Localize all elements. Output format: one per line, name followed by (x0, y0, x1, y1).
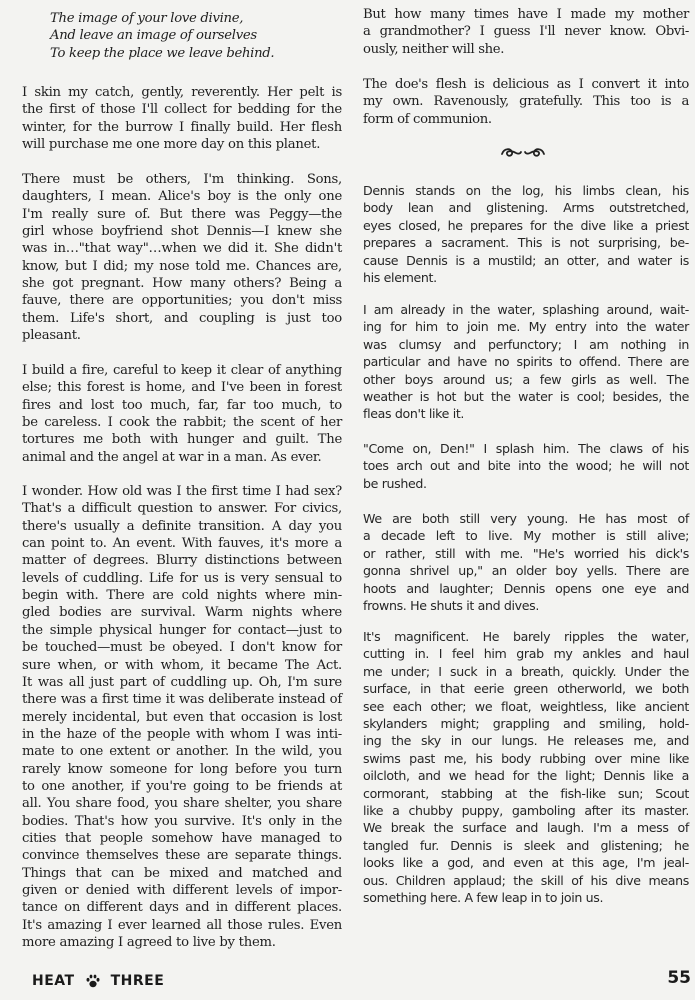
text-line: convince themselves these are separate t… (22, 847, 342, 864)
text-line: cities that people somehow have managed … (22, 830, 342, 847)
text-line: weather is hot but the water is cool; be… (363, 388, 689, 405)
text-line: looks like a god, and even at this age, … (363, 854, 689, 871)
text-line: But how many times have I made my mother (363, 6, 689, 23)
verse-line: And leave an image of ourselves (50, 27, 257, 44)
footer-title-part-2: THREE (111, 973, 165, 989)
text-line: can point to. An event. With fauves, it'… (22, 535, 342, 552)
verse-line: The image of your love divine, (50, 10, 243, 27)
text-line: bodies. That's how you survive. It's onl… (22, 813, 342, 830)
text-line: his element. (363, 269, 689, 286)
text-line: I wonder. How old was I the first time I… (22, 483, 342, 500)
text-line: was in…"that way"…when we did it. She di… (22, 240, 342, 257)
text-line: I'm really sure of. But there was Peggy—… (22, 206, 342, 223)
text-line: It was all just part of cuddling up. Oh,… (22, 674, 342, 691)
text-line: be rushed. (363, 475, 689, 492)
text-line: something here. A few leap in to join us… (363, 889, 689, 906)
text-line: cormorant, stabbing at the fish-like sun… (363, 785, 689, 802)
text-line: tangled fur. Dennis is sleek and glisten… (363, 837, 689, 854)
text-line: There must be others, I'm thinking. Sons… (22, 171, 342, 188)
section-break-flourish-icon (498, 145, 548, 159)
text-line: gonna shrivel up," an older boy yells. T… (363, 562, 689, 579)
text-line: I am already in the water, splashing aro… (363, 301, 689, 318)
text-line: was clumsy and perfunctory; I am nothing… (363, 336, 689, 353)
text-line: It's amazing I ever learned all those ru… (22, 917, 342, 934)
text-line: a grandmother? I guess I'll never know. … (363, 23, 689, 40)
text-line: surface, in that eerie green otherworld,… (363, 680, 689, 697)
text-line: cause Dennis is a mustild; an otter, and… (363, 252, 689, 269)
text-line: body lean and glistening. Arms outstretc… (363, 199, 689, 216)
text-line: the simple physical hunger for contact—j… (22, 622, 342, 639)
text-line: We are both still very young. He has mos… (363, 510, 689, 527)
text-line: We break the surface and laugh. I'm a me… (363, 819, 689, 836)
text-line: begin with. There are cold nights where … (22, 587, 342, 604)
text-line: fauve, there are opportunities; you don'… (22, 292, 342, 309)
verse-line: To keep the place we leave behind. (50, 45, 274, 62)
text-line: gled bodies are survival. Warm nights wh… (22, 604, 342, 621)
text-line: fires and lost too much, far, far too mu… (22, 397, 342, 414)
paw-print-icon (85, 973, 101, 989)
text-line: fleas don't like it. (363, 405, 689, 422)
text-line: be touched—must be obeyed. I don't know … (22, 639, 342, 656)
text-line: my own. Ravenously, gratefully. This too… (363, 93, 689, 110)
text-line: there was a first time it was deliberate… (22, 691, 342, 708)
text-line: pleasant. (22, 327, 342, 344)
text-line: daughters, I mean. Alice's boy is the on… (22, 188, 342, 205)
text-line: "Come on, Den!" I splash him. The claws … (363, 440, 689, 457)
text-line: That's a difficult question to answer. F… (22, 500, 342, 517)
text-line: cutting in. I feel him grab my ankles an… (363, 645, 689, 662)
text-line: sure when, or with whom, it became The A… (22, 657, 342, 674)
text-line: levels of cuddling. Life for us is very … (22, 570, 342, 587)
text-line: matter of degrees. Blurry distinctions b… (22, 552, 342, 569)
text-line: to one another, if you're going to be fr… (22, 778, 342, 795)
text-line: oilcloth, and we head for the light; Den… (363, 767, 689, 784)
text-line: ously, neither will she. (363, 41, 689, 58)
text-line: tance on different days and in different… (22, 899, 342, 916)
text-line: frowns. He shuts it and dives. (363, 597, 689, 614)
text-line: winter, for the burrow I finally build. … (22, 119, 342, 136)
text-line: the first of those I'll collect for bedd… (22, 101, 342, 118)
text-line: know, but I did; my nose told me. Chance… (22, 258, 342, 275)
text-line: swims past me, his body rubbing over min… (363, 750, 689, 767)
text-line: she got pregnant. How many others? Being… (22, 275, 342, 292)
text-line: given or denied with different levels of… (22, 882, 342, 899)
text-line: eyes closed, he prepares for the dive li… (363, 217, 689, 234)
text-line: prepares a sacrament. This is not surpri… (363, 234, 689, 251)
text-line: rarely know someone for long before you … (22, 761, 342, 778)
text-line: all. You share food, you share shelter, … (22, 795, 342, 812)
text-line: ous. Children applaud; the skill of his … (363, 872, 689, 889)
text-line: hoots and laughter; Dennis opens one eye… (363, 580, 689, 597)
text-line: in the haze of the people with whom I wa… (22, 726, 342, 743)
text-line: form of communion. (363, 111, 689, 128)
text-line: like a chubby puppy, gamboling after its… (363, 802, 689, 819)
page-number: 55 (667, 968, 691, 988)
text-line: I build a fire, careful to keep it clear… (22, 362, 342, 379)
text-line: see each other; we float, weightless, li… (363, 698, 689, 715)
text-line: toes arch out and bite into the wood; he… (363, 457, 689, 474)
text-line: them. Life's short, and coupling is just… (22, 310, 342, 327)
text-line: will purchase me one more day on this pl… (22, 136, 342, 153)
text-line: a decade left to live. My mother is stil… (363, 527, 689, 544)
text-line: girl whose boyfriend shot Dennis—I knew … (22, 223, 342, 240)
text-line: else; this forest is home, and I've been… (22, 379, 342, 396)
text-line: other boys around us; a few girls as wel… (363, 371, 689, 388)
text-line: there's usually a definite transition. A… (22, 518, 342, 535)
running-footer: HEAT THREE (32, 973, 164, 989)
text-line: be careless. I cook the rabbit; the scen… (22, 414, 342, 431)
text-line: skylanders might; grappling and smiling,… (363, 715, 689, 732)
text-line: animal and the angel at war in a man. As… (22, 449, 342, 466)
text-line: mate to one extent or another. In the wi… (22, 743, 342, 760)
text-line: ing the sky in our lungs. He releases me… (363, 732, 689, 749)
text-line: ing for him to join me. My entry into th… (363, 318, 689, 335)
text-line: me under; I suck in a breath, quickly. U… (363, 663, 689, 680)
footer-title-part-1: HEAT (32, 973, 75, 989)
text-line: or rather, still with me. "He's worried … (363, 545, 689, 562)
text-line: It's magnificent. He barely ripples the … (363, 628, 689, 645)
text-line: particular and have no spirits to offend… (363, 353, 689, 370)
text-line: merely incidental, but even that occasio… (22, 709, 342, 726)
text-line: tortures me both with hunger and guilt. … (22, 431, 342, 448)
text-line: Dennis stands on the log, his limbs clea… (363, 182, 689, 199)
text-line: I skin my catch, gently, reverently. Her… (22, 84, 342, 101)
text-line: Things that can be mixed and matched and (22, 865, 342, 882)
text-line: more amazing I agreed to live by them. (22, 934, 342, 951)
text-line: The doe's flesh is delicious as I conver… (363, 76, 689, 93)
